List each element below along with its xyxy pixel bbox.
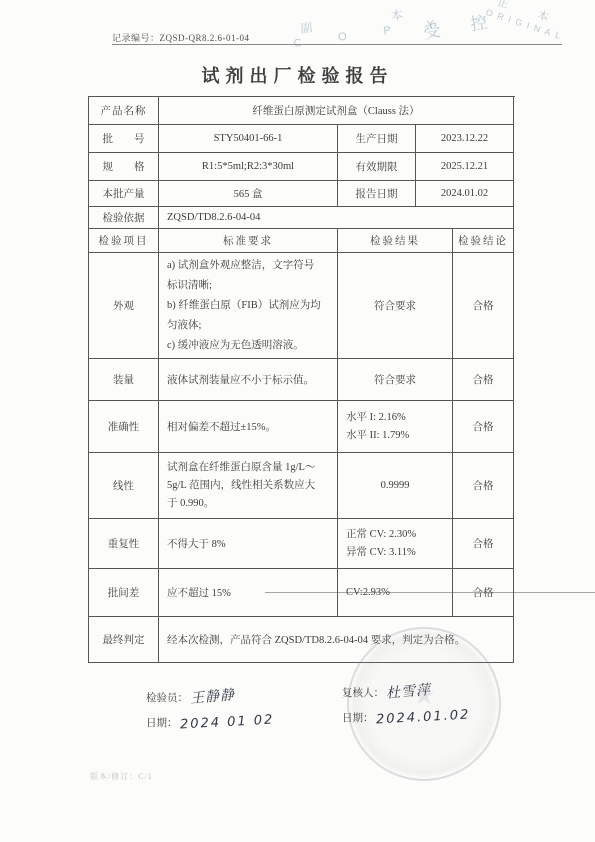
lot-difference-item: 批间差 (89, 569, 159, 617)
lot-difference-conclusion: 合格 (453, 569, 514, 617)
table-row-spec: 规 格 R1:5*5ml;R2:3*30ml 有效期限 2025.12.21 (89, 153, 515, 181)
table-row-repeatability: 重复性 不得大于 8% 正常 CV: 2.30% 异常 CV: 3.11% 合格 (89, 519, 515, 569)
report-date-label: 报告日期 (338, 181, 416, 207)
fill-volume-item: 装量 (89, 359, 159, 401)
watermark-copy-cn: 副 本 (291, 1, 450, 38)
final-judgement-text: 经本次检测，产品符合 ZQSD/TD8.2.6-04-04 要求，判定为合格。 (159, 617, 514, 663)
linearity-conclusion: 合格 (453, 453, 514, 519)
fill-volume-result: 符合要求 (338, 359, 453, 401)
repeatability-item: 重复性 (89, 519, 159, 569)
repeatability-requirement: 不得大于 8% (159, 519, 338, 569)
lot-value: STY50401-66-1 (159, 125, 338, 153)
table-row-accuracy: 准确性 相对偏差不超过±15%。 水平 I: 2.16% 水平 II: 1.79… (89, 401, 515, 453)
spec-value: R1:5*5ml;R2:3*30ml (159, 153, 338, 181)
reviewer-date-handwritten: 2024.01.02 (375, 708, 470, 728)
accuracy-item: 准确性 (89, 401, 159, 453)
linearity-requirement: 试剂盒在纤维蛋白原含量 1g/L～ 5g/L 范围内，线性相关系数应大 于 0.… (159, 453, 338, 519)
product-name-value: 纤维蛋白原测定试剂盒（Clauss 法） (159, 97, 514, 125)
record-number-value: ZQSD-QR8.2.6-01-04 (160, 33, 250, 43)
repeatability-conclusion: 合格 (453, 519, 514, 569)
basis-label: 检验依据 (89, 207, 159, 229)
watermark-original-en: ORIGINAL (484, 7, 566, 43)
table-header-row: 检验项目 标准要求 检验结果 检验结论 (89, 229, 515, 253)
spec-label: 规 格 (89, 153, 159, 181)
inspector-date-label: 日期： (146, 718, 178, 729)
reviewer-signature-block: 复核人：杜雪萍 日期：2024.01.02 (342, 681, 470, 734)
inspector-date-handwritten: 2024 01 02 (179, 713, 274, 733)
batch-qty-value: 565 盒 (159, 181, 338, 207)
table-row-product-name: 产品名称 纤维蛋白原测定试剂盒（Clauss 法） (89, 97, 515, 125)
inspector-signature-block: 检验员：王静静 日期：2024 01 02 (146, 686, 274, 739)
lot-difference-requirement: 应不超过 15% (159, 569, 338, 617)
repeatability-result: 正常 CV: 2.30% 异常 CV: 3.11% (338, 519, 453, 569)
reviewer-date-label: 日期： (342, 713, 374, 724)
header-requirement: 标准要求 (159, 229, 338, 253)
reviewer-label: 复核人： (342, 688, 384, 699)
table-row-batch-qty: 本批产量 565 盒 报告日期 2024.01.02 (89, 181, 515, 207)
record-number: 记录编号：ZQSD-QR8.2.6-01-04 (112, 31, 250, 44)
basis-value: ZQSD/TD8.2.6-04-04 (159, 207, 514, 229)
appearance-conclusion: 合格 (453, 253, 514, 359)
linearity-result: 0.9999 (338, 453, 453, 519)
inspector-label: 检验员： (146, 693, 188, 704)
production-date-label: 生产日期 (338, 125, 416, 153)
watermark-controlled-stamp: 受 控 (422, 9, 502, 43)
table-row-fill-volume: 装量 液体试剂装量应不小于标示值。 符合要求 合格 (89, 359, 515, 401)
batch-qty-label: 本批产量 (89, 181, 159, 207)
table-row-appearance: 外观 a) 试剂盒外观应整洁，文字符号 标识清晰; b) 纤维蛋白原（FIB）试… (89, 253, 515, 359)
scan-artifact-line (265, 592, 595, 593)
watermark-original-stamp: 正 本 ORIGINAL (484, 0, 571, 43)
watermark-copy-en: C O P Y (293, 16, 452, 52)
top-rule-line (112, 44, 562, 45)
table-row-lot: 批 号 STY50401-66-1 生产日期 2023.12.22 (89, 125, 515, 153)
production-date-value: 2023.12.22 (416, 125, 514, 153)
header-conclusion: 检验结论 (453, 229, 514, 253)
table-row-linearity: 线性 试剂盒在纤维蛋白原含量 1g/L～ 5g/L 范围内，线性相关系数应大 于… (89, 453, 515, 519)
version-footer: 版本/修订：C/1 (90, 771, 153, 782)
accuracy-result: 水平 I: 2.16% 水平 II: 1.79% (338, 401, 453, 453)
reviewer-signature: 杜雪萍 (385, 679, 432, 703)
scanned-report-page: 记录编号：ZQSD-QR8.2.6-01-04 副 本 C O P Y 受 控 … (0, 0, 595, 842)
table-row-lot-difference: 批间差 应不超过 15% CV:2.93% 合格 (89, 569, 515, 617)
appearance-result: 符合要求 (338, 253, 453, 359)
accuracy-conclusion: 合格 (453, 401, 514, 453)
fill-volume-requirement: 液体试剂装量应不小于标示值。 (159, 359, 338, 401)
lot-difference-result: CV:2.93% (338, 569, 453, 617)
inspector-signature: 王静静 (189, 684, 236, 708)
report-date-value: 2024.01.02 (416, 181, 514, 207)
header-result: 检验结果 (338, 229, 453, 253)
watermark-original-cn: 正 本 (488, 0, 571, 33)
table-row-basis: 检验依据 ZQSD/TD8.2.6-04-04 (89, 207, 515, 229)
linearity-item: 线性 (89, 453, 159, 519)
product-name-label: 产品名称 (89, 97, 159, 125)
lot-label: 批 号 (89, 125, 159, 153)
expiry-date-value: 2025.12.21 (416, 153, 514, 181)
record-number-label: 记录编号： (112, 33, 160, 43)
page-title: 试剂出厂检验报告 (0, 62, 595, 88)
appearance-item: 外观 (89, 253, 159, 359)
inspection-report-table: 产品名称 纤维蛋白原测定试剂盒（Clauss 法） 批 号 STY50401-6… (88, 96, 515, 663)
final-judgement-label: 最终判定 (89, 617, 159, 663)
header-item: 检验项目 (89, 229, 159, 253)
expiry-date-label: 有效期限 (338, 153, 416, 181)
table-row-final-judgement: 最终判定 经本次检测，产品符合 ZQSD/TD8.2.6-04-04 要求，判定… (89, 617, 515, 663)
appearance-requirement: a) 试剂盒外观应整洁，文字符号 标识清晰; b) 纤维蛋白原（FIB）试剂应为… (159, 253, 338, 359)
accuracy-requirement: 相对偏差不超过±15%。 (159, 401, 338, 453)
fill-volume-conclusion: 合格 (453, 359, 514, 401)
